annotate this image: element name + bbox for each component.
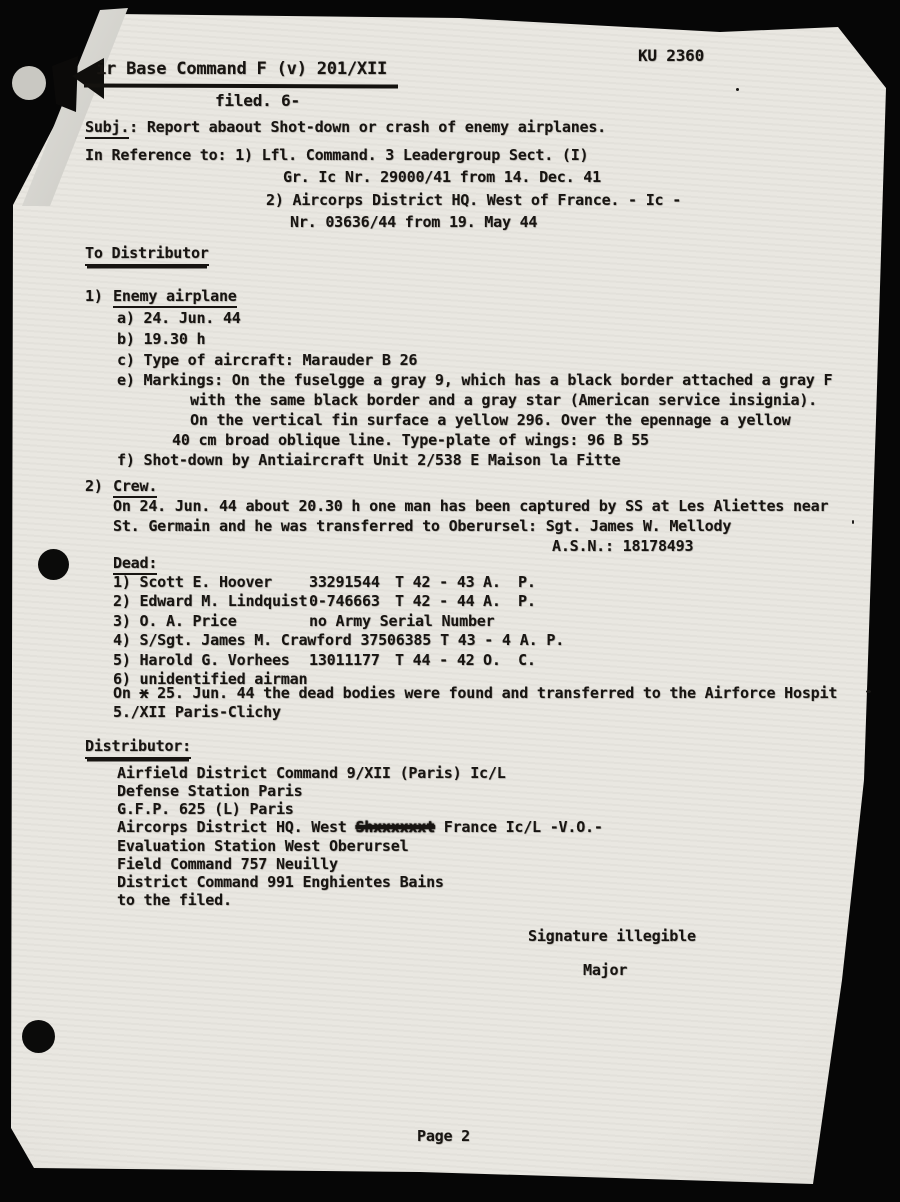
- punch-hole-top: [38, 549, 69, 580]
- section1-number: 1): [85, 287, 103, 305]
- dead-col1: A.: [483, 573, 518, 591]
- captured-line-1: On 24. Jun. 44 about 20.30 h one man has…: [113, 497, 828, 515]
- dead-serial: 0-746663: [309, 592, 395, 610]
- dead-col1: A.: [520, 631, 538, 649]
- scanned-document-page: { "colors": { "background": "#060606", "…: [0, 0, 900, 1202]
- subject-line: Subj.: Report abaout Shot-down or crash …: [85, 118, 606, 136]
- distributor-line: Defense Station Paris: [117, 782, 302, 800]
- distributor-line: Evaluation Station West Oberursel: [117, 837, 408, 855]
- distributor-line: Airfield District Command 9/XII (Paris) …: [117, 764, 506, 782]
- item-a: a) 24. Jun. 44: [117, 309, 241, 327]
- dead-tour: T 43 - 4: [440, 631, 511, 649]
- distributor-line: G.F.P. 625 (L) Paris: [117, 800, 294, 818]
- dead-tour: T 42 - 44: [395, 592, 483, 610]
- asn-line: A.S.N.: 18178493: [552, 537, 693, 555]
- subject-text: : Report abaout Shot-down or crash of en…: [129, 118, 606, 136]
- dead-col2: C.: [518, 651, 536, 669]
- dead-col1: A.: [483, 592, 518, 610]
- item-e-line4: 40 cm broad oblique line. Type-plate of …: [172, 431, 649, 449]
- reference-line-4: Nr. 03636/44 from 19. May 44: [290, 213, 537, 231]
- subject-label: Subj.: [85, 118, 129, 139]
- dead-col1: O.: [483, 651, 518, 669]
- dead-col2: P.: [546, 631, 564, 649]
- found-line-1: On x 25. Jun. 44 the dead bodies were fo…: [113, 684, 837, 702]
- found-line-2: 5./XII Paris-Clichy: [113, 703, 281, 721]
- dead-col2: P.: [518, 592, 536, 610]
- dead-tour: T 42 - 43: [395, 573, 483, 591]
- item-c: c) Type of aircraft: Marauder B 26: [117, 351, 417, 369]
- dead-row: 4) S/Sgt. James M. Crawford37506385T 43 …: [113, 631, 573, 649]
- dead-col2: P.: [518, 573, 536, 591]
- item-e-line1: e) Markings: On the fuselgge a gray 9, w…: [117, 371, 832, 389]
- reference-line-3: 2) Aircorps District HQ. West of France.…: [266, 191, 681, 209]
- stamp-number: KU 2360: [638, 46, 704, 65]
- dead-tour: T 44 - 42: [395, 651, 483, 669]
- reference-line-2: Gr. Ic Nr. 29000/41 from 14. Dec. 41: [283, 168, 601, 186]
- dead-name: 1) Scott E. Hoover: [113, 573, 309, 591]
- dead-label: Dead:: [113, 554, 157, 572]
- dead-serial: 33291544: [309, 573, 395, 591]
- ink-speck: [852, 520, 854, 524]
- dead-serial: no Army Serial Number: [309, 612, 494, 630]
- blacked-out-word: Shxxxxxxt: [355, 818, 434, 836]
- dead-row: 1) Scott E. Hoover33291544T 42 - 43A.P.: [113, 573, 536, 591]
- dead-serial: 13011177: [309, 651, 395, 669]
- distributor-heading: Distributor:: [85, 737, 191, 755]
- dead-row: 2) Edward M. Lindquist0-746663T 42 - 44A…: [113, 592, 536, 610]
- dead-name: 5) Harold G. Vorhees: [113, 651, 309, 669]
- item-e-line3: On the vertical fin surface a yellow 296…: [190, 411, 791, 429]
- dead-row: 3) O. A. Priceno Army Serial Number: [113, 612, 494, 630]
- filed-line: filed. 6-: [215, 91, 300, 110]
- punch-hole-ghost: [12, 66, 46, 100]
- to-distributor-heading: To Distributor: [85, 244, 209, 262]
- ink-speck: [736, 88, 739, 91]
- section2-number: 2): [85, 477, 103, 495]
- item-e-line2: with the same black border and a gray st…: [190, 391, 817, 409]
- ink-speck: [866, 690, 871, 693]
- dead-serial: 37506385: [360, 631, 431, 649]
- section1-heading: Enemy airplane: [113, 287, 237, 305]
- distributor-line-struck: Aircorps District HQ. West Shxxxxxxt Fra…: [117, 818, 603, 836]
- distributor-line: District Command 991 Enghientes Bains: [117, 873, 444, 891]
- dead-row: 5) Harold G. Vorhees13011177T 44 - 42O.C…: [113, 651, 536, 669]
- document-title: ir Base Command F (v) 201/XII: [96, 59, 387, 79]
- distributor-line: Field Command 757 Neuilly: [117, 855, 338, 873]
- captured-line-2: St. Germain and he was transferred to Ob…: [113, 517, 731, 535]
- reference-line-1: In Reference to: 1) Lfl. Command. 3 Lead…: [85, 146, 588, 164]
- punch-hole-bottom: [22, 1020, 55, 1053]
- signer-rank: Major: [583, 961, 627, 979]
- page-number: Page 2: [417, 1127, 470, 1145]
- dead-name: 2) Edward M. Lindquist: [113, 592, 309, 610]
- dead-name: 4) S/Sgt. James M. Crawford: [113, 631, 351, 649]
- distributor-line: to the filed.: [117, 891, 232, 909]
- item-b: b) 19.30 h: [117, 330, 205, 348]
- section2-heading: Crew.: [113, 477, 157, 495]
- item-f: f) Shot-down by Antiaircraft Unit 2/538 …: [117, 451, 620, 469]
- signature-note: Signature illegible: [528, 927, 696, 945]
- dead-name: 3) O. A. Price: [113, 612, 309, 630]
